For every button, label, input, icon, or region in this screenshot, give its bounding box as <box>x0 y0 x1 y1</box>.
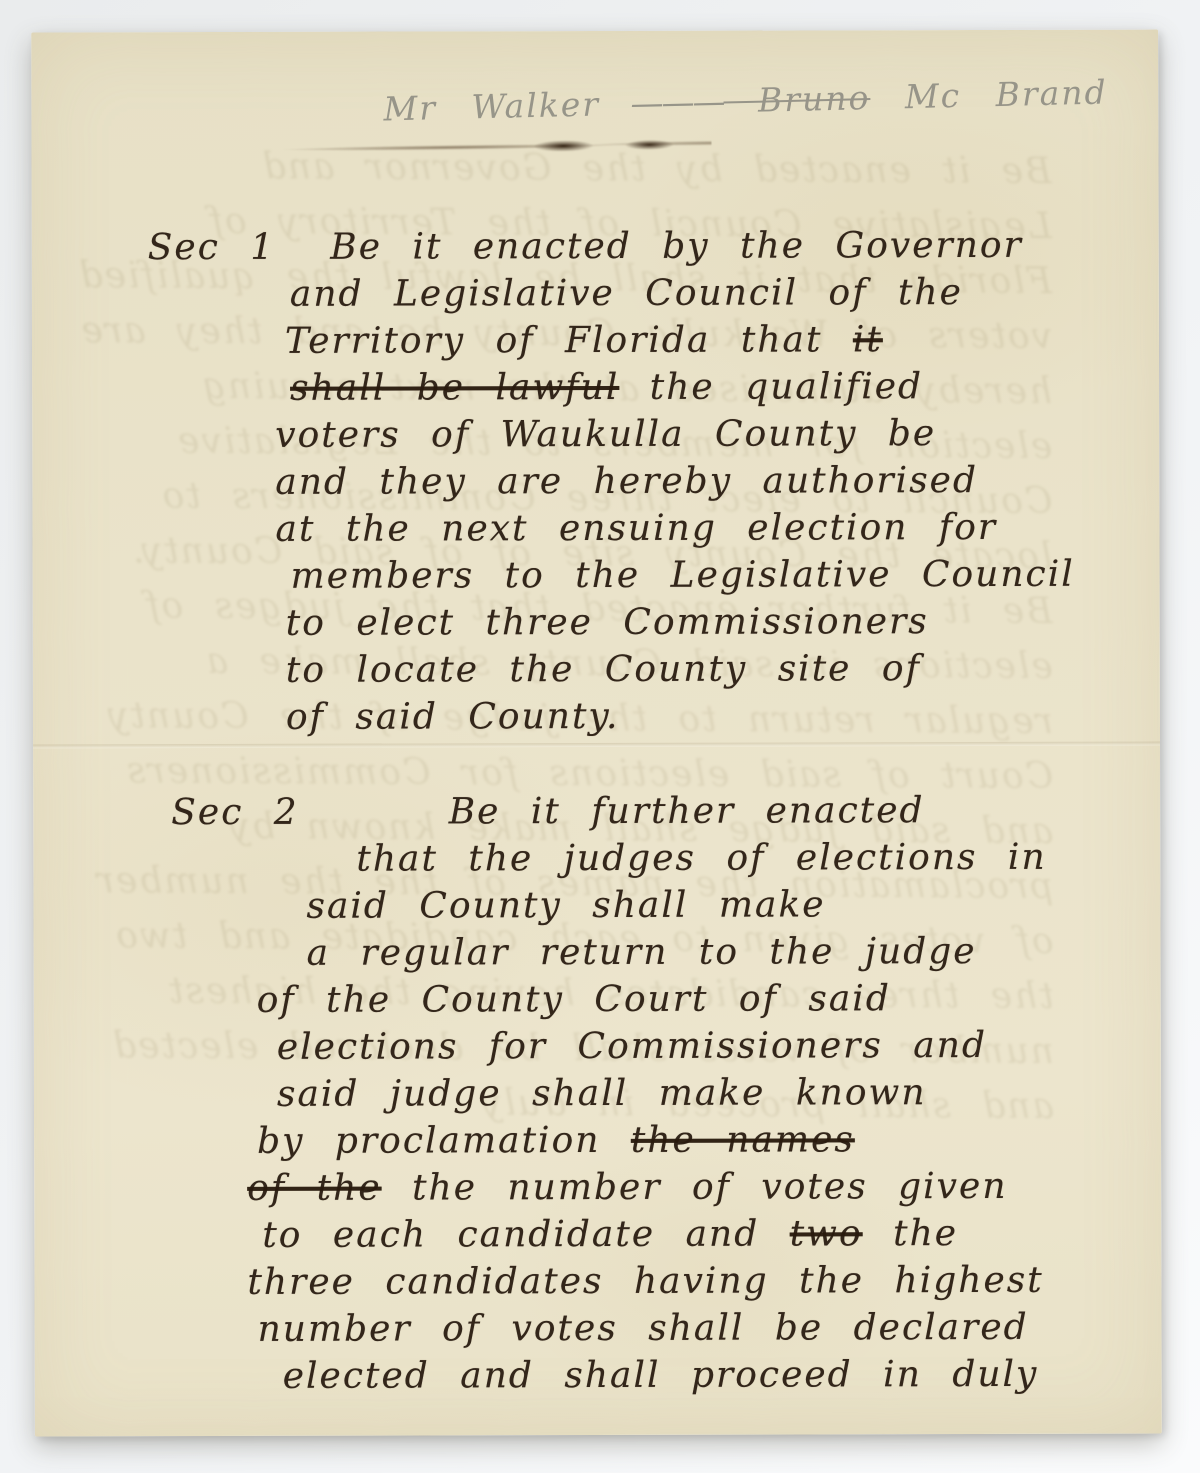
pencil-text: Mc Brand <box>870 72 1108 117</box>
manuscript-line: to locate the County site of <box>141 645 1101 695</box>
section-label: Sec 1 <box>148 227 276 268</box>
handwritten-text: said judge shall make known <box>277 1072 927 1115</box>
handwritten-text: voters of Waukulla County be <box>275 413 936 456</box>
manuscript-line: of the County Court of said <box>142 975 1102 1025</box>
manuscript-line: and they are hereby authorised <box>140 457 1100 507</box>
handwritten-text: Be it enacted by the Governor <box>330 225 1023 268</box>
manuscript-line: of said County. <box>141 692 1101 742</box>
pencil-text: ——— <box>600 82 724 124</box>
section-label: Sec 2 <box>171 792 299 833</box>
manuscript-paper-sheet: Be it enacted by the Governor and Legisl… <box>31 30 1162 1437</box>
ink-smear-mark <box>201 133 711 160</box>
manuscript-line: by proclamation the names <box>142 1116 1102 1166</box>
pencil-annotation: Mr Walker ——— Bruno Mc Brand <box>383 72 1144 129</box>
manuscript-line: to each candidate and two the <box>142 1210 1102 1260</box>
manuscript-section: Sec 1Be it enacted by the Governorand Le… <box>140 222 1101 742</box>
pencil-struck-text: Bruno <box>723 78 871 120</box>
handwritten-text: and they are hereby authorised <box>275 460 978 503</box>
manuscript-line: a regular return to the judge <box>142 928 1102 978</box>
handwritten-text: to elect three Commissioners <box>286 601 929 644</box>
handwritten-text: at the next ensuing election for <box>275 507 997 550</box>
handwritten-text: elections for Commissioners and <box>277 1025 987 1068</box>
scanned-document-page: { "page": { "background_color": "#f1f3f5… <box>0 0 1200 1473</box>
manuscript-line: that the judges of elections in <box>141 834 1101 884</box>
manuscript-line: Sec 2Be it further enacted <box>141 787 1101 837</box>
manuscript-line: to elect three Commissioners <box>141 598 1101 648</box>
handwritten-text: Be it further enacted <box>449 790 925 832</box>
struck-text: the names <box>631 1119 855 1161</box>
handwritten-text: and Legislative Council of the <box>290 272 963 315</box>
pencil-text: Mr Walker <box>383 84 600 128</box>
manuscript-line: said County shall make <box>141 881 1101 931</box>
manuscript-line: three candidates having the highest <box>142 1257 1102 1307</box>
handwritten-text: elected and shall proceed in duly <box>283 1354 1039 1397</box>
handwritten-text: to locate the County site of <box>286 648 921 691</box>
handwritten-text: that the judges of elections in <box>356 837 1046 880</box>
handwritten-text: Territory of Florida that <box>285 319 853 361</box>
manuscript-line: number of votes shall be declared <box>142 1304 1102 1354</box>
handwritten-text: three candidates having the highest <box>247 1260 1043 1303</box>
handwritten-text: of said County. <box>286 696 620 738</box>
handwritten-text: number of votes shall be declared <box>258 1307 1029 1350</box>
manuscript-line: elected and shall proceed in duly <box>143 1351 1103 1401</box>
manuscript-line: shall be lawful the qualified <box>140 363 1100 413</box>
manuscript-line: and Legislative Council of the <box>140 269 1100 319</box>
manuscript-line: at the next ensuing election for <box>140 504 1100 554</box>
manuscript-section: Sec 2Be it further enactedthat the judge… <box>141 787 1103 1401</box>
struck-text: shall be lawful <box>290 367 619 409</box>
manuscript-line: Territory of Florida that it <box>140 316 1100 366</box>
handwritten-text: to each candidate and <box>262 1213 789 1255</box>
manuscript-line: elections for Commissioners and <box>142 1022 1102 1072</box>
manuscript-text: Sec 1Be it enacted by the Governorand Le… <box>140 222 1103 1401</box>
manuscript-line: Sec 1Be it enacted by the Governor <box>140 222 1100 272</box>
manuscript-line: of the the number of votes given <box>142 1163 1102 1213</box>
handwritten-text: a regular return to the judge <box>307 931 977 974</box>
struck-text: it <box>853 319 883 360</box>
handwritten-text: of the County Court of said <box>257 978 891 1021</box>
handwritten-text: the qualified <box>619 366 923 408</box>
struck-text: of the <box>247 1168 382 1209</box>
handwritten-text: members to the Legislative Council <box>291 554 1075 597</box>
handwritten-text: the <box>863 1213 959 1254</box>
manuscript-line: said judge shall make known <box>142 1069 1102 1119</box>
struck-text: two <box>790 1213 863 1254</box>
manuscript-line: voters of Waukulla County be <box>140 410 1100 460</box>
handwritten-text: said County shall make <box>306 884 825 926</box>
handwritten-text: by proclamation <box>257 1120 631 1162</box>
handwritten-text: the number of votes given <box>382 1166 1008 1209</box>
manuscript-line: members to the Legislative Council <box>141 551 1101 601</box>
